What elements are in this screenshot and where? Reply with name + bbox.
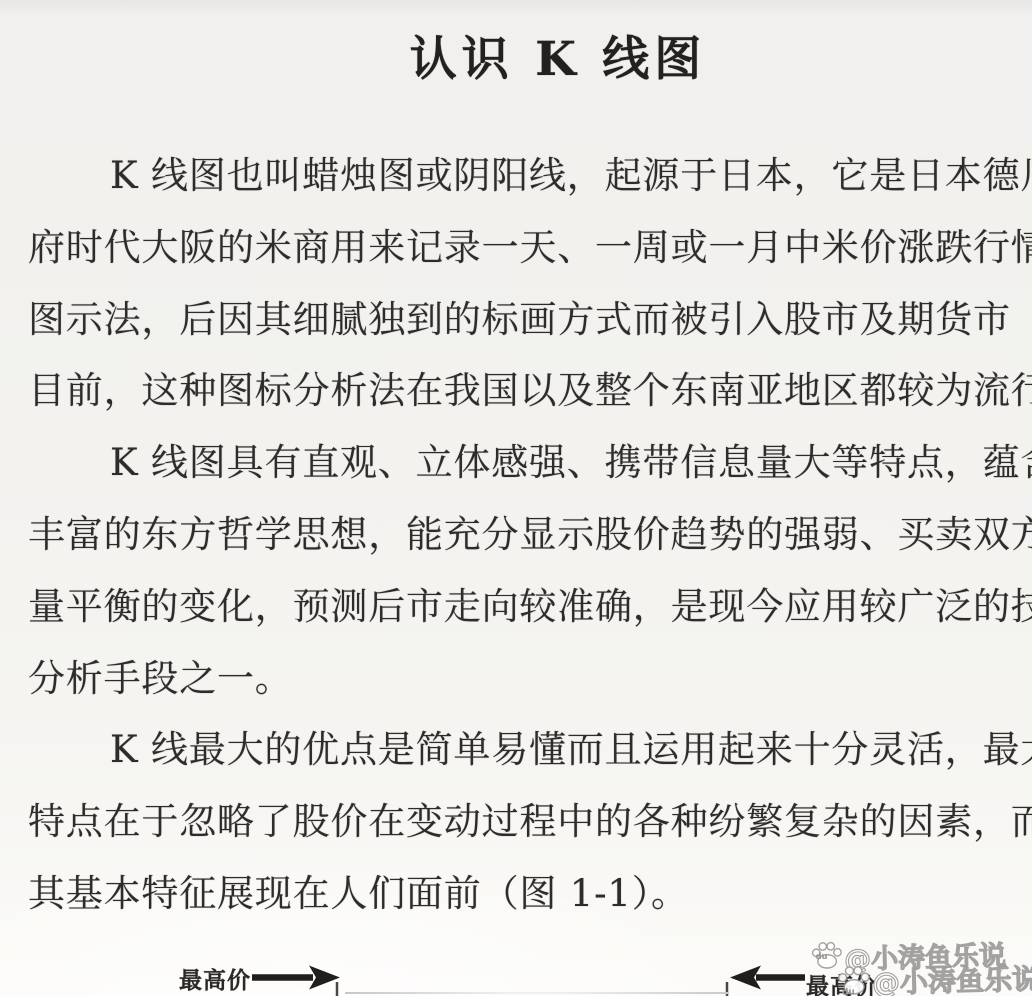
paw-icon: du xyxy=(838,965,871,996)
right-pointing-arrowhead-icon xyxy=(309,966,340,990)
body-text-line: 府时代大阪的米商用来记录一天、一周或一月中米价涨跌行情 xyxy=(28,212,1032,284)
body-text-line: 特点在于忽略了股价在变动过程中的各种纷繁复杂的因素，而 xyxy=(28,786,1032,858)
watermark-row: du @小涛鱼乐说 xyxy=(838,957,1032,996)
body-text: K 线图也叫蜡烛图或阴阳线，起源于日本，它是日本德川 府时代大阪的米商用来记录一… xyxy=(28,140,1032,930)
body-text-line: 目前，这种图标分析法在我国以及整个东南亚地区都较为流行 xyxy=(28,355,1032,427)
body-text-line: 图示法，后因其细腻独到的标画方式而被引入股市及期货市 xyxy=(28,284,1032,356)
paw-du-text: du xyxy=(815,951,827,961)
body-text-line: K 线图具有直观、立体感强、携带信息量大等特点，蕴含 xyxy=(28,427,1032,499)
book-page-scan: 认识 K 线图 K 线图也叫蜡烛图或阴阳线，起源于日本，它是日本德川 府时代大阪… xyxy=(0,0,1032,996)
candle-body-top-edge xyxy=(345,992,729,994)
page-title: 认识 K 线图 xyxy=(42,22,1032,89)
body-text-line: K 线最大的优点是简单易懂而且运用起来十分灵活，最大 xyxy=(28,714,1032,786)
paw-du-text: du xyxy=(842,987,855,996)
watermark-handle: @小涛鱼乐说 xyxy=(871,957,1032,996)
body-text-line: 量平衡的变化，预测后市走向较准确，是现今应用较广泛的技 xyxy=(28,571,1032,643)
body-text-line: K 线图也叫蜡烛图或阴阳线，起源于日本，它是日本德川 xyxy=(28,140,1032,212)
body-text-line: 分析手段之一。 xyxy=(28,643,1032,715)
body-text-line: 其基本特征展现在人们面前（图 1-1）。 xyxy=(28,858,1032,930)
body-text-line: 丰富的东方哲学思想，能充分显示股价趋势的强弱、买卖双方 xyxy=(28,499,1032,571)
